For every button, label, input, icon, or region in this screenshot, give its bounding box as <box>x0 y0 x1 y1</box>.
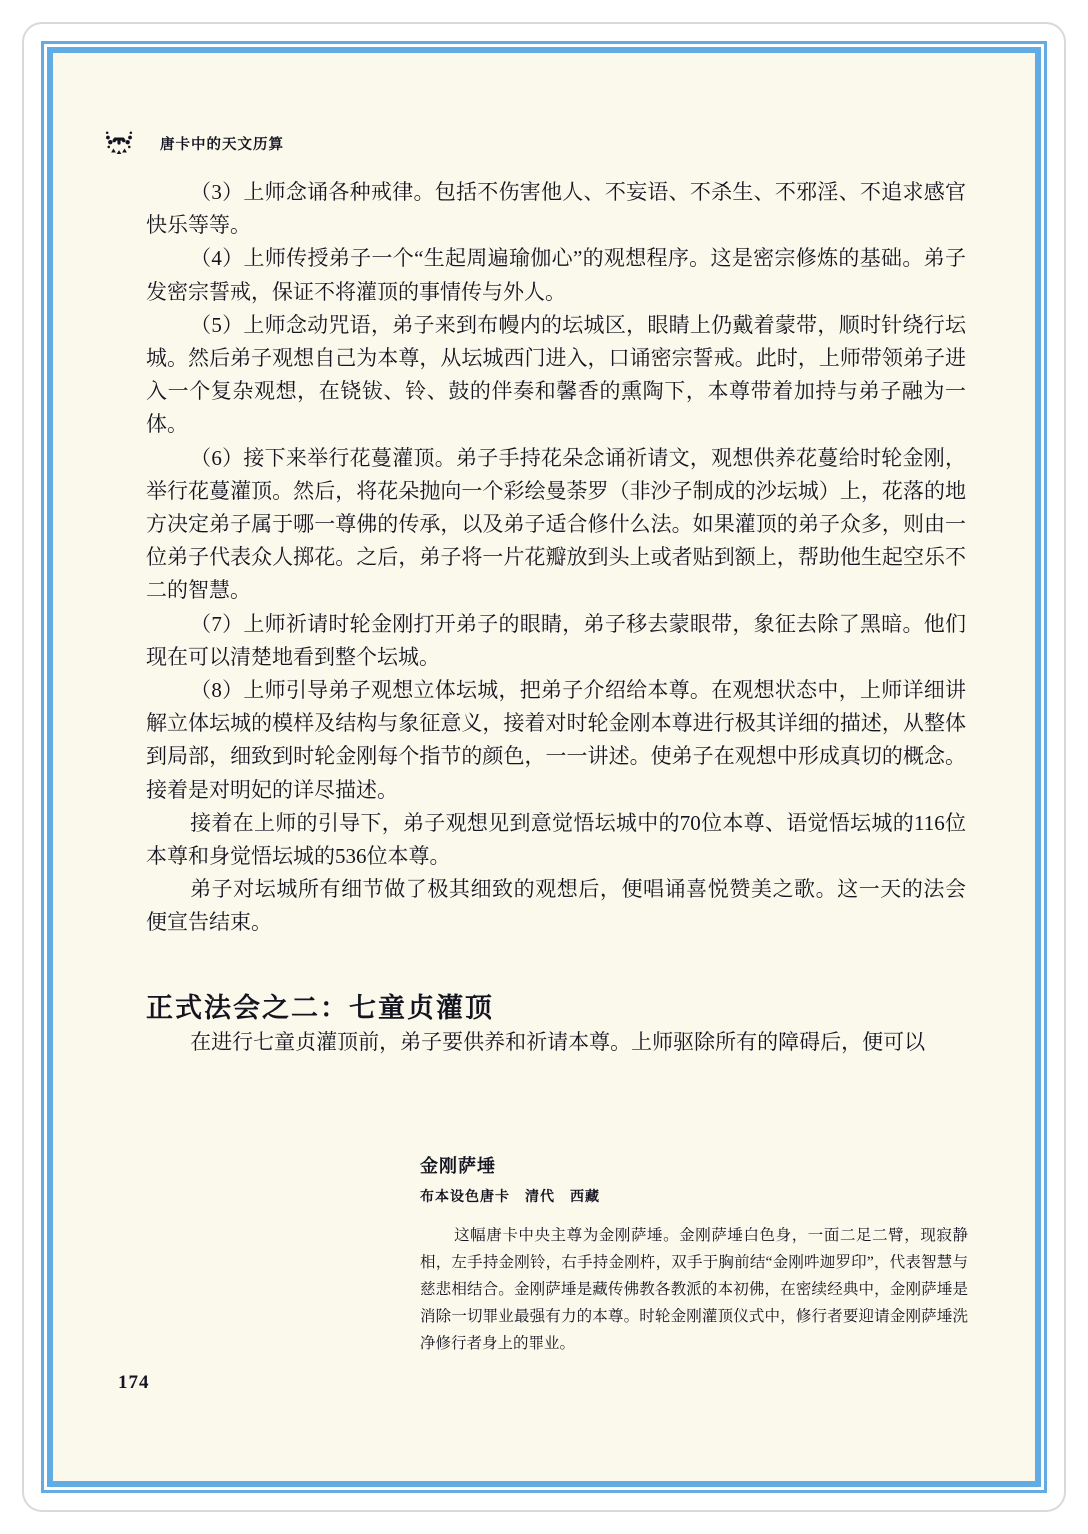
page-number: 174 <box>118 1372 150 1394</box>
book-page-scan: { "colors": { "frame_blue": "#61ace5", "… <box>0 0 1088 1534</box>
caption-title: 金刚萨埵 <box>420 1152 968 1178</box>
book-title: 唐卡中的天文历算 <box>160 133 284 154</box>
caption-body: 这幅唐卡中央主尊为金刚萨埵。金刚萨埵白色身，一面二足二臂，现寂静相，左手持金刚铃… <box>420 1222 968 1357</box>
paragraph-mandala-deities: 接着在上师的引导下，弟子观想见到意觉悟坛城中的70位本尊、语觉悟坛城的116位本… <box>146 807 966 873</box>
section-paragraph: 在进行七童贞灌顶前，弟子要供养和祈请本尊。上师驱除所有的障碍后，便可以 <box>146 1026 966 1059</box>
paragraph-6: （6）接下来举行花蔓灌顶。弟子手持花朵念诵祈请文，观想供养花蔓给时轮金刚，举行花… <box>146 442 966 608</box>
paragraph-7: （7）上师祈请时轮金刚打开弟子的眼睛，弟子移去蒙眼带，象征去除了黑暗。他们现在可… <box>146 608 966 674</box>
paragraph-3: （3）上师念诵各种戒律。包括不伤害他人、不妄语、不杀生、不邪淫、不追求感官快乐等… <box>146 176 966 242</box>
main-text-block: （3）上师念诵各种戒律。包括不伤害他人、不妄语、不杀生、不邪淫、不追求感官快乐等… <box>146 176 966 940</box>
publisher-ornament-icon <box>104 128 134 158</box>
paragraph-4: （4）上师传授弟子一个“生起周遍瑜伽心”的观想程序。这是密宗修炼的基础。弟子发密… <box>146 242 966 308</box>
paragraph-day-end: 弟子对坛城所有细节做了极其细致的观想后，便唱诵喜悦赞美之歌。这一天的法会便宣告结… <box>146 873 966 939</box>
page-content: 唐卡中的天文历算 （3）上师念诵各种戒律。包括不伤害他人、不妄语、不杀生、不邪淫… <box>0 0 1088 1534</box>
running-header: 唐卡中的天文历算 <box>104 128 284 158</box>
thangka-caption: 金刚萨埵 布本设色唐卡 清代 西藏 这幅唐卡中央主尊为金刚萨埵。金刚萨埵白色身，… <box>420 1152 968 1357</box>
paragraph-5: （5）上师念动咒语，弟子来到布幔内的坛城区，眼睛上仍戴着蒙带，顺时针绕行坛城。然… <box>146 309 966 442</box>
caption-subtitle: 布本设色唐卡 清代 西藏 <box>420 1186 968 1206</box>
section-heading: 正式法会之二：七童贞灌顶 <box>146 986 494 1025</box>
paragraph-8: （8）上师引导弟子观想立体坛城，把弟子介绍给本尊。在观想状态中，上师详细讲解立体… <box>146 674 966 807</box>
